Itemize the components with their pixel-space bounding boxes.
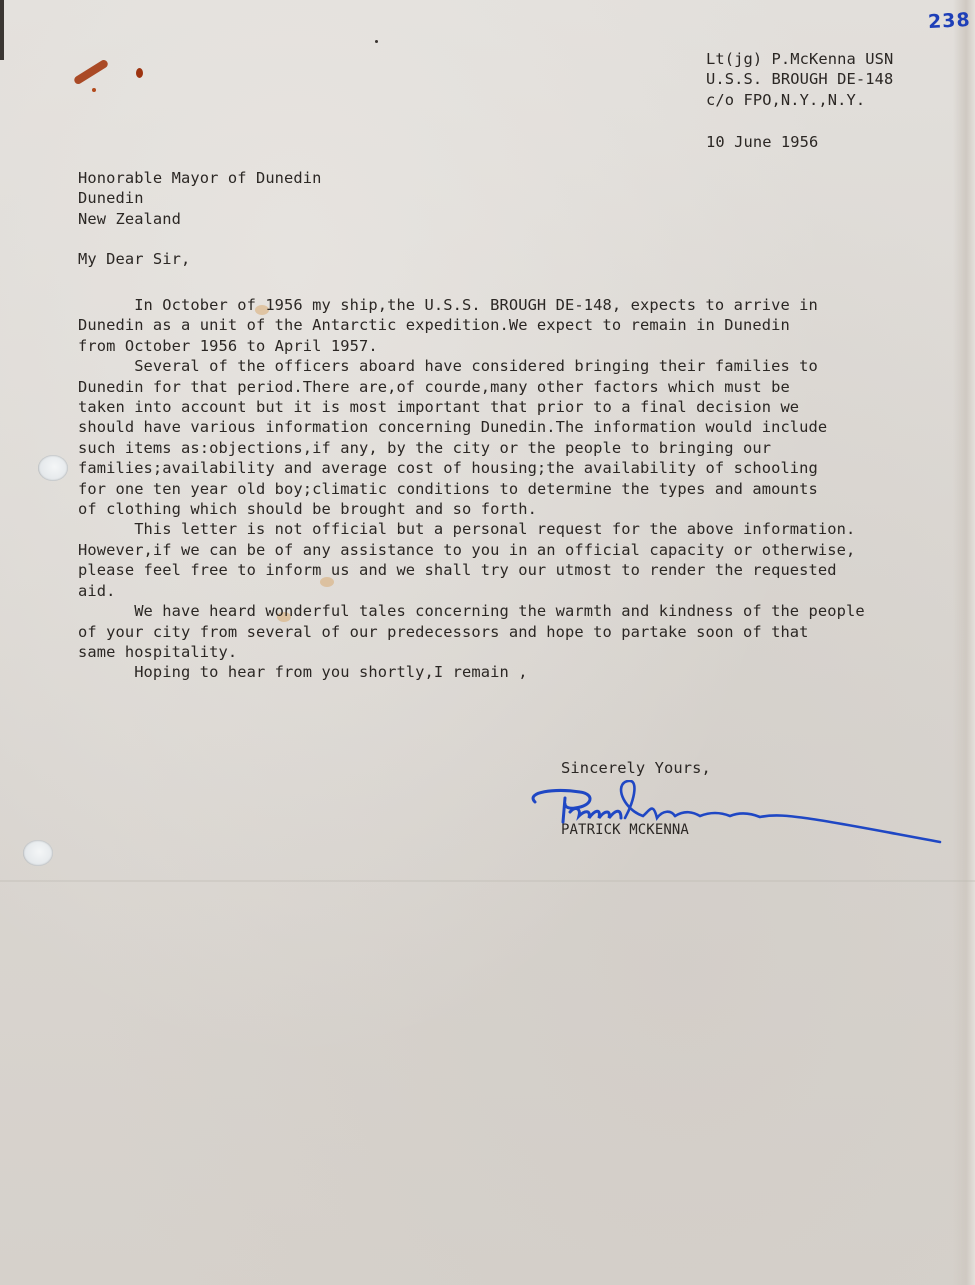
letter-body: In October of 1956 my ship,the U.S.S. BR… (78, 295, 865, 683)
recipient-line: Honorable Mayor of Dunedin (78, 168, 322, 188)
sender-line: c/o FPO,N.Y.,N.Y. (706, 90, 893, 110)
sender-line: Lt(jg) P.McKenna USN (706, 49, 893, 69)
body-line: please feel free to inform us and we sha… (78, 560, 865, 580)
body-line: Hoping to hear from you shortly,I remain… (78, 662, 865, 682)
body-line: of your city from several of our predece… (78, 622, 865, 642)
body-line: Dunedin as a unit of the Antarctic exped… (78, 315, 865, 335)
body-line: However,if we can be of any assistance t… (78, 540, 865, 560)
paper-speck (375, 40, 378, 43)
sender-address: Lt(jg) P.McKenna USNU.S.S. BROUGH DE-148… (706, 49, 893, 110)
body-line: Several of the officers aboard have cons… (78, 356, 865, 376)
body-line: should have various information concerni… (78, 417, 865, 437)
rust-stain-dot (92, 88, 96, 92)
archive-number: 238 (927, 9, 971, 33)
body-line: We have heard wonderful tales concerning… (78, 601, 865, 621)
body-line: from October 1956 to April 1957. (78, 336, 865, 356)
body-line: Dunedin for that period.There are,of cou… (78, 377, 865, 397)
punch-hole (23, 840, 53, 866)
body-line: of clothing which should be brought and … (78, 499, 865, 519)
recipient-line: New Zealand (78, 209, 322, 229)
body-line: such items as:objections,if any, by the … (78, 438, 865, 458)
body-line: taken into account but it is most import… (78, 397, 865, 417)
rust-stain-dot (136, 68, 143, 78)
salutation: My Dear Sir, (78, 249, 190, 269)
body-line: aid. (78, 581, 865, 601)
recipient-address: Honorable Mayor of DunedinDunedinNew Zea… (78, 168, 322, 229)
paper-fold (0, 880, 975, 882)
typed-name: PATRICK MCKENNA (561, 820, 689, 840)
recipient-line: Dunedin (78, 188, 322, 208)
punch-hole (38, 455, 68, 481)
closing: Sincerely Yours, (561, 758, 711, 778)
page-edge-right (953, 0, 975, 1285)
body-line: In October of 1956 my ship,the U.S.S. BR… (78, 295, 865, 315)
letter-page: 238 Lt(jg) P.McKenna USNU.S.S. BROUGH DE… (0, 0, 975, 1285)
page-edge-shadow (0, 0, 4, 60)
body-line: same hospitality. (78, 642, 865, 662)
letter-date: 10 June 1956 (706, 132, 818, 152)
body-line: This letter is not official but a person… (78, 519, 865, 539)
body-line: for one ten year old boy;climatic condit… (78, 479, 865, 499)
rust-stain (73, 59, 109, 86)
body-line: families;availability and average cost o… (78, 458, 865, 478)
sender-line: U.S.S. BROUGH DE-148 (706, 69, 893, 89)
